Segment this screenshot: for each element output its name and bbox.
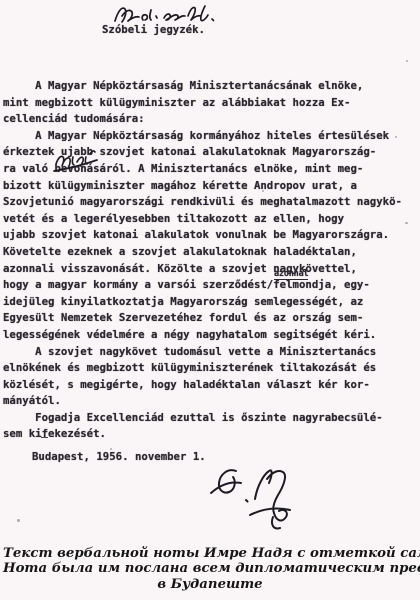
- noise-speck: [262, 190, 264, 192]
- typed-line: idejüleg kinyilatkoztatja Magyarország s…: [3, 294, 417, 311]
- noise-speck: [405, 222, 408, 224]
- typed-line: Követelte ezeknek a szovjet alakulatokna…: [3, 244, 417, 261]
- typed-line: ujabb szovjet katonai alakulatok vonulna…: [3, 227, 417, 244]
- typed-line: legességének védelmére a négy nagyhatalo…: [3, 327, 417, 344]
- typed-line: A Magyar Népköztársaság kormányához hite…: [3, 128, 417, 145]
- scanned-document-page: Nota verbal. Szóbeli jegyzék. A Magyar N…: [0, 0, 420, 600]
- typed-line: Egyesült Nemzetek Szervezetéhez fordul é…: [3, 310, 417, 327]
- document-subtitle: Szóbeli jegyzék.: [102, 23, 205, 36]
- noise-speck: [406, 60, 408, 62]
- typed-line: mányától.: [3, 393, 417, 410]
- date-line: Budapest, 1956. november 1.: [32, 450, 206, 463]
- document-body: A Magyar Népköztársaság Minisztertanácsá…: [3, 78, 417, 443]
- typed-insertion-azonnal: azonnal: [274, 270, 308, 280]
- caption-line: Текст вербальной ноты Имре Надя с отметк…: [3, 546, 417, 561]
- typed-line: mint megbizott külügyminiszter az alábbi…: [3, 95, 417, 112]
- typed-line: A Magyar Népköztársaság Minisztertanácsá…: [3, 78, 417, 95]
- noise-speck: [384, 133, 386, 135]
- signature-scribble: [205, 462, 305, 536]
- noise-speck: [110, 448, 112, 450]
- typed-line: elnökének és megbizott külügyminiszterén…: [3, 360, 417, 377]
- caption-line: в Будапеште: [3, 577, 417, 592]
- noise-speck: [395, 136, 397, 138]
- typed-line: vetét és a legerélyesebben tiltakozott a…: [3, 211, 417, 228]
- typed-line: cellenciád tudomására:: [3, 111, 417, 128]
- typed-line: bizott külügyminiszter magához kérette A…: [3, 178, 417, 195]
- typed-line: A szovjet nagykövet tudomásul vette a Mi…: [3, 344, 417, 361]
- typed-line: Szovjetunió magyarországi rendkivüli és …: [3, 194, 417, 211]
- caption-line: Нота была им послана всем дипломатически…: [3, 561, 417, 576]
- typed-line: Fogadja Excellenciád ezuttal is őszinte …: [3, 410, 417, 427]
- correction-underline-mark: [41, 437, 48, 438]
- typed-line: közlését, s megigérte, hogy haladéktalan…: [3, 377, 417, 394]
- typed-line: azonnali visszavonását. Közölte a szovje…: [3, 261, 417, 278]
- typed-line: sem kifekezését.: [3, 426, 417, 443]
- typed-line: hogy a magyar kormány a varsói szerződés…: [3, 277, 417, 294]
- noise-speck: [17, 519, 20, 522]
- handwritten-correction-scribble: nulá: [50, 149, 102, 175]
- photo-caption: Текст вербальной ноты Имре Надя с отметк…: [0, 546, 420, 592]
